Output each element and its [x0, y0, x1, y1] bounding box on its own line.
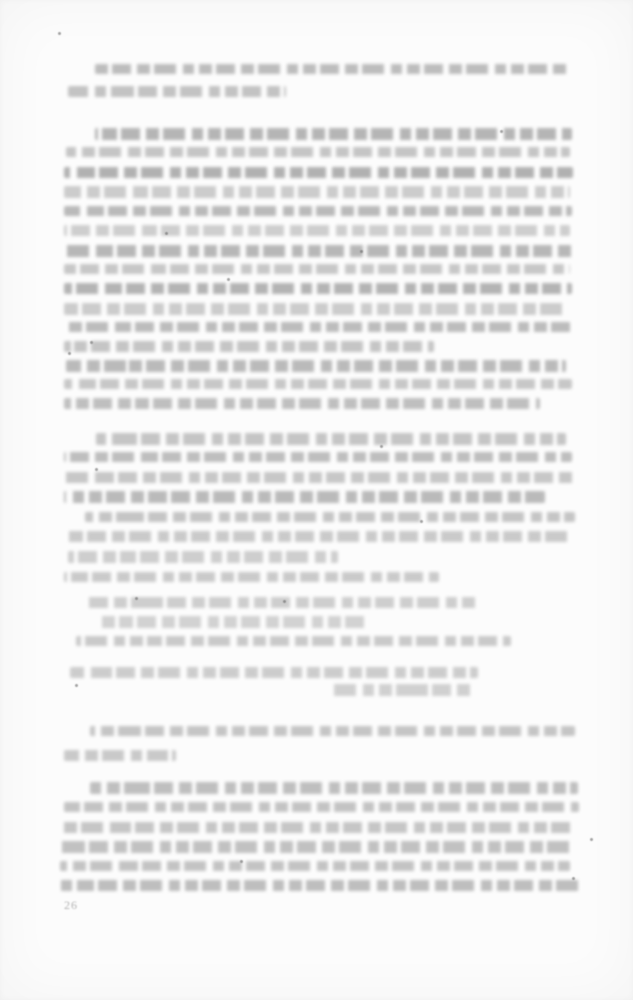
scan-text-line-closing-paragraph [60, 861, 570, 871]
scan-text-line-main-paragraph-1 [64, 186, 570, 198]
scan-text-line-closing-paragraph [62, 822, 574, 833]
scan-text-line-opening-paragraph [68, 86, 286, 97]
scan-speckle [240, 860, 243, 863]
scan-text-line-indented-block [76, 636, 511, 646]
scan-speckle [90, 341, 93, 344]
scan-text-line-closing-paragraph [60, 880, 584, 891]
scan-text-line-main-paragraph-1 [64, 283, 572, 294]
scan-speckle [68, 352, 71, 355]
scan-speckle [420, 520, 423, 523]
scan-text-line-main-paragraph-1 [64, 303, 569, 315]
scan-text-line-main-paragraph-1 [64, 322, 571, 332]
scan-speckle [380, 445, 383, 448]
scan-text-line-closing-paragraph [90, 782, 578, 794]
scan-text-line-list-intro-line [64, 572, 439, 582]
scan-text-line-paragraph-3 [64, 452, 572, 462]
scan-text-line-indented-block [86, 597, 476, 608]
page-number: 26 [64, 898, 78, 913]
scan-speckle [360, 250, 363, 253]
scan-text-line-main-paragraph-1 [64, 225, 570, 236]
scan-text-line-paragraph-4 [85, 512, 575, 522]
scan-text-line-opening-paragraph [95, 64, 568, 74]
scan-speckle [165, 232, 168, 235]
scan-text-line-indented-block [100, 616, 368, 628]
scan-text-line-paragraph-4 [68, 531, 573, 542]
scan-speckle [58, 32, 61, 35]
scan-text-line-paragraph-3 [96, 433, 566, 445]
scan-speckle [227, 278, 230, 281]
scan-text-line-paragraph-5 [64, 750, 176, 761]
scan-speckle [283, 600, 286, 603]
scan-text-line-paragraph-5 [90, 726, 575, 736]
document-page: 26 [0, 0, 633, 1000]
scan-text-line-main-paragraph-1 [64, 264, 570, 274]
scan-text-line-paragraph-3 [64, 491, 545, 503]
scan-text-line-paragraph-4 [68, 551, 338, 563]
scan-text-line-main-paragraph-1 [64, 245, 572, 257]
scan-text-line-main-paragraph-1 [66, 147, 570, 157]
scan-text-line-main-paragraph-2 [64, 379, 572, 389]
scan-text-line-indented-block [70, 667, 478, 678]
scan-text-area [0, 0, 633, 1000]
scan-text-line-main-paragraph-2 [64, 398, 540, 409]
scan-speckle [95, 468, 98, 471]
scan-text-line-main-paragraph-1 [64, 167, 573, 178]
scan-text-line-closing-paragraph [60, 841, 574, 853]
scan-speckle [572, 877, 575, 880]
scan-speckle [590, 838, 593, 841]
scan-text-line-main-paragraph-1 [64, 341, 434, 352]
scan-text-line-indented-block [333, 684, 473, 696]
scan-text-line-closing-paragraph [64, 802, 579, 812]
scan-speckle [75, 684, 78, 687]
scan-text-line-main-paragraph-1 [64, 206, 572, 216]
scan-text-line-paragraph-3 [64, 472, 574, 483]
scan-speckle [135, 597, 138, 600]
scan-text-line-main-paragraph-2 [66, 360, 566, 372]
scan-speckle [500, 130, 503, 133]
